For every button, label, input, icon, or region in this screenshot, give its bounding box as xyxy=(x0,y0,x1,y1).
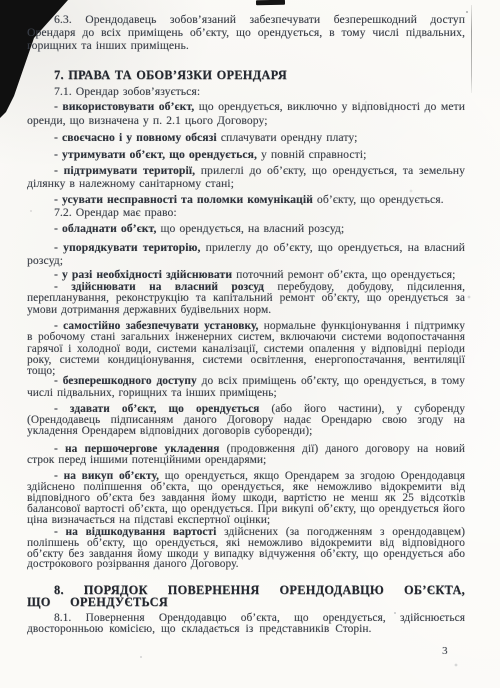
clause-6-3: 6.3. Орендодавець зобов’язаний забезпечу… xyxy=(27,13,465,53)
clause-7-1-item-1: - використовувати об’єкт, що орендується… xyxy=(27,100,465,127)
clause-rest-text: об’єкту, що орендується. xyxy=(313,193,444,206)
clause-lead-text: - упорядкувати територію, xyxy=(54,241,200,254)
clause-7-2-item-9: - на викуп об’єкту, що орендується, якщо… xyxy=(27,471,465,526)
clause-lead-text: - утримувати об’єкт, що орендується, xyxy=(54,148,257,161)
clause-7-1-intro: 7.1. Орендар зобов’язується: xyxy=(27,85,465,98)
clause-7-2-item-4: - здійснювати на власний розсуд перебудо… xyxy=(27,282,465,316)
clause-lead-text: - самостійно забезпечувати установку, xyxy=(54,320,258,332)
scanned-contract-page: 6.3. Орендодавець зобов’язаний забезпечу… xyxy=(0,0,500,688)
clause-7-2-item-8: - на першочергове укладення (продовження… xyxy=(27,444,465,466)
clause-7-2-item-7: - здавати об’єкт, що орендується (або йо… xyxy=(27,404,465,437)
clause-rest-text: сплачувати орендну плату; xyxy=(217,131,358,144)
clause-7-1-item-3: - утримувати об’єкт, що орендується, у п… xyxy=(27,148,465,161)
scan-artifact-edge-line xyxy=(471,5,472,93)
clause-7-1-item-2: - своєчасно і у повному обсязі сплачуват… xyxy=(27,131,465,144)
section-7-heading: 7. ПРАВА ТА ОБОВ’ЯЗКИ ОРЕНДАРЯ xyxy=(27,69,465,82)
page-number: 3 xyxy=(442,645,448,657)
clause-lead-text: - усувати несправності та поломки комуні… xyxy=(54,193,313,206)
clause-7-2-intro: 7.2. Орендар має право: xyxy=(27,206,465,219)
clause-rest-text: поточний ремонт об’єкта, що орендується; xyxy=(232,268,455,281)
clause-7-2-item-2: - упорядкувати територію, прилеглу до об… xyxy=(27,241,465,267)
clause-lead-text: - у разі необхідності здійснювати xyxy=(54,268,232,281)
clause-lead-text: - підтримувати території, xyxy=(54,164,195,177)
clause-7-2-item-3: - у разі необхідності здійснювати поточн… xyxy=(27,268,465,281)
clause-lead-text: - своєчасно і у повному обсязі xyxy=(54,131,217,144)
scan-artifact-speckles xyxy=(0,0,2,2)
clause-lead-text: - безперешкодного доступу xyxy=(54,375,197,387)
clause-lead-text: - обладнати об’єкт, xyxy=(54,222,156,235)
clause-rest-text: у повній справності; xyxy=(257,148,366,161)
clause-lead-text: - використовувати об’єкт, xyxy=(54,100,194,113)
clause-7-2-item-6: - безперешкодного доступу до всіх приміщ… xyxy=(27,376,465,399)
section-8-heading: 8. ПОРЯДОК ПОВЕРНЕННЯ ОРЕНДОДАВЦЮ ОБ’ЄКТ… xyxy=(27,585,465,609)
clause-lead-text: - здійснювати на власний розсуд xyxy=(54,281,264,293)
clause-7-2-item-10: - на відшкодування вартості здійснених (… xyxy=(27,527,465,570)
clause-7-1-item-4: - підтримувати території, прилеглі до об… xyxy=(27,164,465,190)
clause-rest-text: що орендується, на власний розсуд; xyxy=(156,222,344,235)
clause-7-1-item-5: - усувати несправності та поломки комуні… xyxy=(27,193,465,206)
scan-artifact-top-dash xyxy=(256,0,285,5)
clause-7-2-item-5: - самостійно забезпечувати установку, но… xyxy=(27,321,465,377)
clause-8-1: 8.1. Повернення Орендодавцю об’єкта, що … xyxy=(27,613,465,635)
clause-7-2-item-1: - обладнати об’єкт, що орендується, на в… xyxy=(27,222,465,235)
